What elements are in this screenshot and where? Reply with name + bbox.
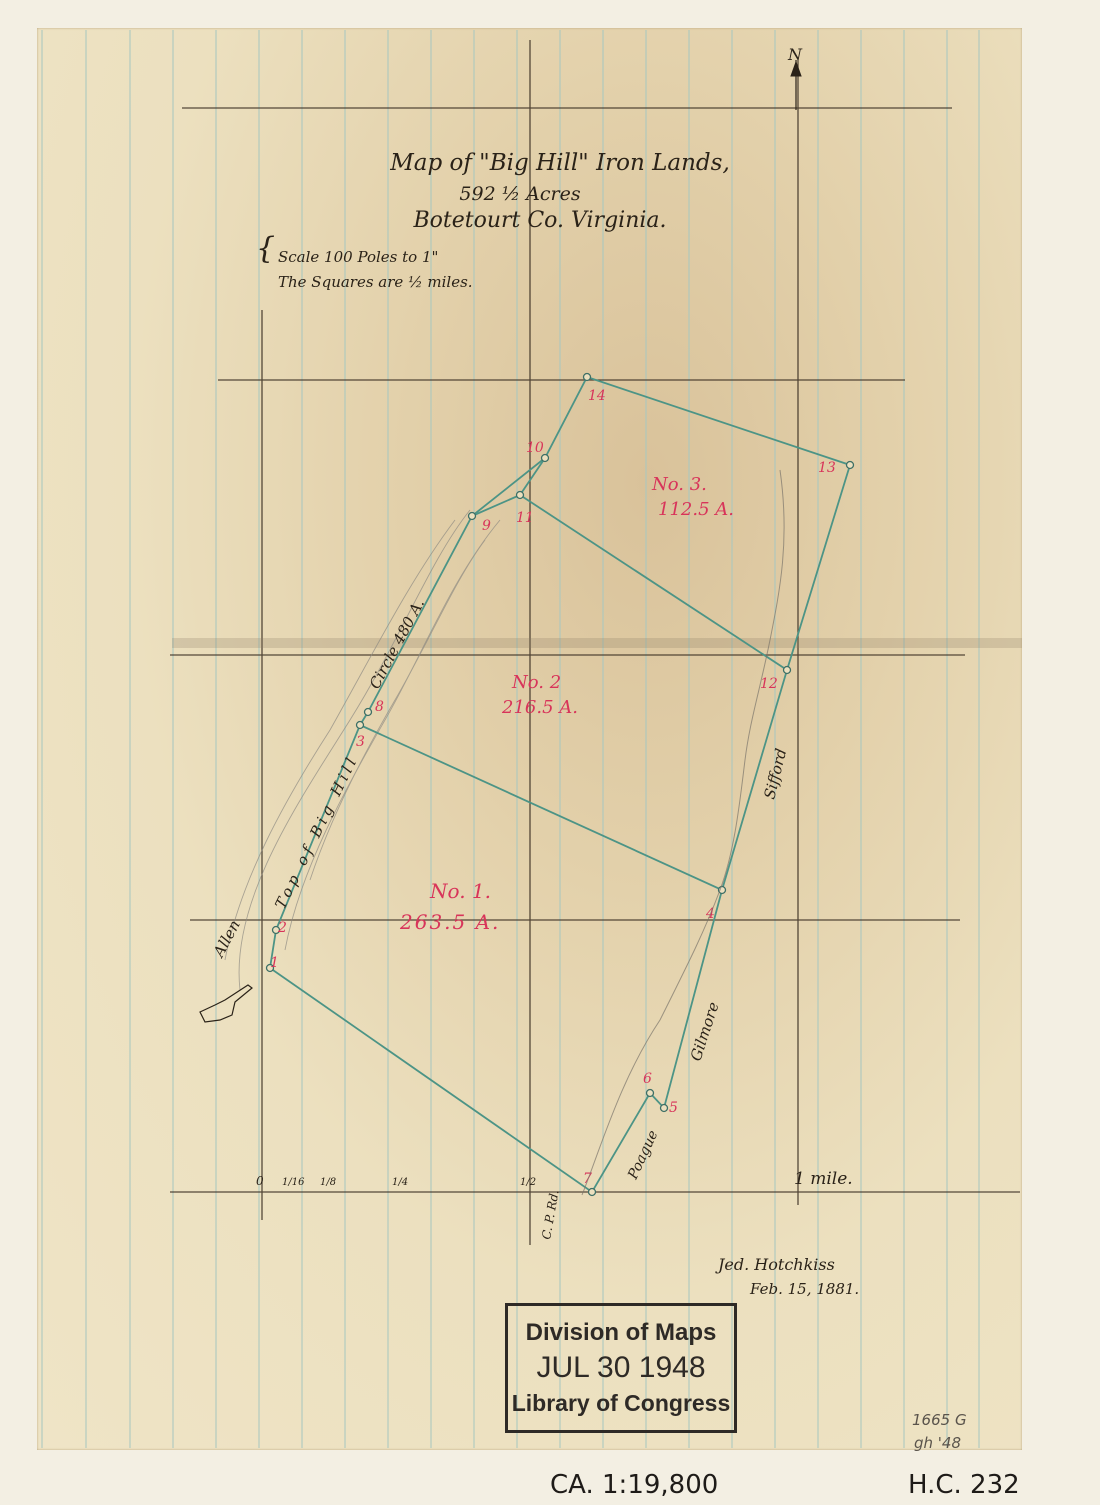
corner-11: 11 bbox=[516, 510, 534, 526]
scale-brace: { bbox=[256, 231, 275, 266]
map-title-line1: Map of "Big Hill" Iron Lands, bbox=[389, 150, 730, 176]
corner-13: 13 bbox=[818, 460, 836, 476]
scale-ratio-note: CA. 1:19,800 bbox=[550, 1470, 718, 1500]
tract-2-acres: 216.5 A. bbox=[501, 697, 578, 718]
map-canvas: N Map of "Big Hill" Iron Lands, 592 ½ Ac… bbox=[0, 0, 1100, 1505]
catalog-number: H.C. 232 bbox=[908, 1470, 1020, 1500]
corner-10: 10 bbox=[526, 440, 544, 456]
scale-tick-1-8: 1/8 bbox=[320, 1177, 336, 1188]
stamp-line2: JUL 30 1948 bbox=[536, 1349, 705, 1387]
tract-3-name: No. 3. bbox=[651, 474, 707, 495]
corner-numbers: 1 2 3 4 5 6 7 8 9 10 11 12 13 14 bbox=[270, 388, 836, 1187]
ridge-label: Top of Big Hill bbox=[271, 752, 361, 912]
map-date: Feb. 15, 1881. bbox=[749, 1280, 859, 1298]
poague-label: Poague bbox=[625, 1128, 662, 1183]
library-stamp: Division of Maps JUL 30 1948 Library of … bbox=[505, 1303, 737, 1433]
scale-tick-0: 0 bbox=[256, 1174, 264, 1188]
corner-3: 3 bbox=[356, 734, 365, 750]
pencil-note-2: gh '48 bbox=[914, 1434, 961, 1452]
author-signature: Jed. Hotchkiss bbox=[715, 1255, 835, 1274]
corner-14: 14 bbox=[588, 388, 606, 404]
tract-2-name: No. 2 bbox=[511, 672, 561, 693]
stamp-line3: Library of Congress bbox=[512, 1387, 731, 1419]
tract-3-acres: 112.5 A. bbox=[658, 499, 734, 520]
corner-5: 5 bbox=[669, 1100, 678, 1116]
scale-note-line2: The Squares are ½ miles. bbox=[278, 273, 473, 291]
tract-1-acres: 263.5 A. bbox=[399, 910, 500, 934]
gilmore-label: Gilmore bbox=[687, 1000, 723, 1064]
scale-end-label: 1 mile. bbox=[794, 1169, 853, 1189]
map-title-line2: 592 ½ Acres bbox=[459, 183, 580, 205]
creek-line bbox=[582, 470, 784, 1195]
north-label: N bbox=[787, 45, 803, 64]
map-title-line3: Botetourt Co. Virginia. bbox=[412, 208, 666, 233]
scale-tick-1-4: 1/4 bbox=[392, 1177, 408, 1188]
scale-tick-1-2: 1/2 bbox=[520, 1177, 536, 1188]
sifford-label: Sifford bbox=[760, 747, 790, 801]
north-arrow-icon bbox=[791, 60, 801, 110]
fold-stain bbox=[172, 638, 1022, 648]
ruled-lines bbox=[42, 30, 979, 1448]
railroad-label: C. P. Rd. bbox=[539, 1189, 562, 1241]
corner-8: 8 bbox=[375, 699, 384, 715]
pencil-note-1: 1665 G bbox=[912, 1411, 967, 1429]
stamp-line1: Division of Maps bbox=[526, 1317, 717, 1349]
tract-1-name: No. 1. bbox=[429, 879, 491, 903]
corner-6: 6 bbox=[643, 1071, 652, 1087]
corner-12: 12 bbox=[760, 676, 778, 692]
corner-2: 2 bbox=[277, 920, 287, 936]
corner-1: 1 bbox=[270, 955, 279, 971]
allen-label: Allen bbox=[209, 917, 244, 962]
corner-9: 9 bbox=[482, 518, 491, 534]
scale-tick-1-16: 1/16 bbox=[282, 1177, 305, 1188]
scale-note-line1: Scale 100 Poles to 1" bbox=[278, 248, 438, 266]
pointing-hand-icon bbox=[200, 985, 252, 1022]
